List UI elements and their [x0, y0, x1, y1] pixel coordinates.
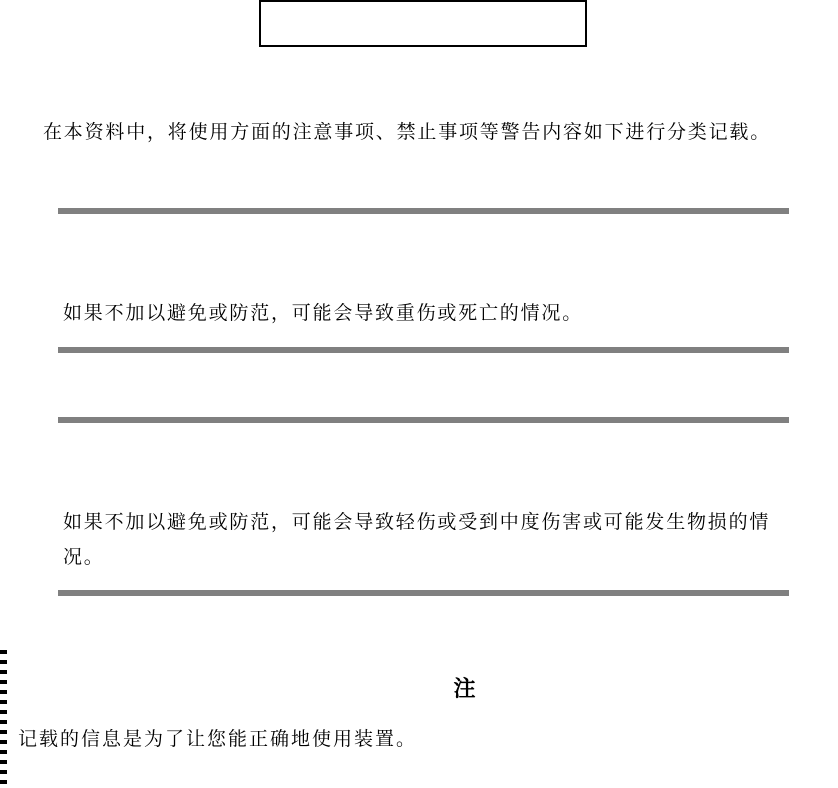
caution-section-top-divider	[58, 417, 789, 423]
title-placeholder-box	[259, 0, 587, 47]
intro-paragraph: 在本资料中，将使用方面的注意事项、禁止事项等警告内容如下进行分类记载。	[43, 119, 771, 145]
note-heading: 注	[0, 676, 838, 704]
warning-section-bottom-divider	[58, 347, 789, 353]
warning-section-top-divider	[58, 208, 789, 214]
caution-description: 如果不加以避免或防范，可能会导致轻伤或受到中度伤害或可能发生物损的情况。	[63, 505, 778, 575]
caution-section-bottom-divider	[58, 590, 789, 596]
left-edge-binding-marks	[0, 650, 7, 788]
warning-description: 如果不加以避免或防范，可能会导致重伤或死亡的情况。	[63, 300, 583, 326]
note-body: 记载的信息是为了让您能正确地使用装置。	[18, 726, 417, 752]
manual-page: 在本资料中，将使用方面的注意事项、禁止事项等警告内容如下进行分类记载。 如果不加…	[0, 0, 838, 788]
